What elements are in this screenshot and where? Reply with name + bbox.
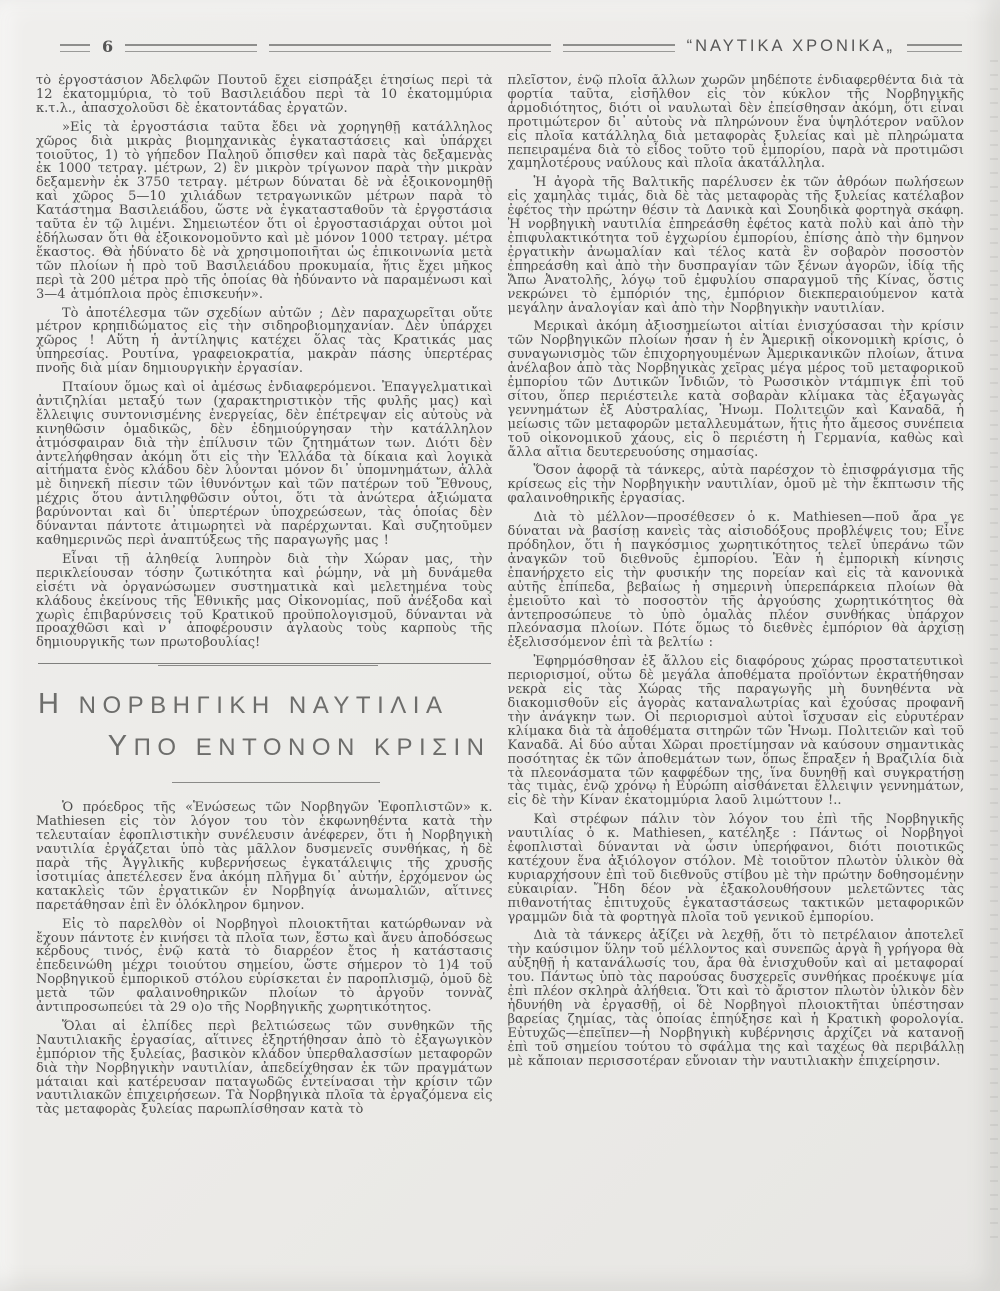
- paragraph: Ἡ ἀγορὰ τῆς Βαλτικῆς παρέλυσεν ἐκ τῶν ἀθ…: [508, 176, 965, 315]
- paragraph: Καὶ στρέφων πάλιν τὸν λόγον του ἐπὶ τῆς …: [508, 813, 965, 924]
- journal-title: “ΝΑΥΤΙΚΑ ΧΡΟΝΙΚΑ„: [687, 38, 895, 55]
- paragraph: τὸ ἐργοστάσιον Ἀδελφῶν Πουτοῦ ἔχει εἰσπρ…: [36, 74, 493, 116]
- paragraph: Πταίουν ὅμως καὶ οἱ ἀμέσως ἐνδιαφερόμενο…: [36, 381, 493, 548]
- paragraph: Ὁ πρόεδρος τῆς «Ἑνώσεως τῶν Νορβηγῶν Ἐφο…: [36, 801, 493, 912]
- paragraph: Εἰς τὸ παρελθὸν οἱ Νορβηγοὶ πλοιοκτῆται …: [36, 918, 493, 1015]
- article-title-line2: ΥΠΟ ΕΝΤΟΝΟΝ ΚΡΙΣΙΝ: [38, 725, 491, 767]
- paragraph: Τὸ ἀποτέλεσμα τῶν σχεδίων αὐτῶν ; Δὲν πα…: [36, 307, 493, 377]
- double-rule: [60, 44, 90, 52]
- article-title-line1: Η ΝΟΡΒΗΓΙΚΗ ΝΑΥΤΙΛΙΑ: [38, 683, 491, 725]
- scanned-page: 6 “ΝΑΥΤΙΚΑ ΧΡΟΝΙΚΑ„ τὸ ἐργοστάσιον Ἀδελφ…: [0, 0, 1000, 1291]
- paragraph: πλεῖστον, ἐνῷ πλοῖα ἄλλων χωρῶν μηδέποτε…: [508, 74, 965, 171]
- scan-gutter-artifact: [990, 60, 998, 1240]
- paragraph: Ἐφηρμόσθησαν ἐξ ἄλλου εἰς διαφόρους χώρα…: [508, 655, 965, 808]
- title-underline-rule: [172, 782, 380, 783]
- section-divider-rule: [38, 663, 491, 667]
- paragraph: Μερικαὶ ἀκόμη ἀξιοσημείωτοι αἰτίαι ἐνισχ…: [508, 320, 965, 459]
- text-columns: τὸ ἐργοστάσιον Ἀδελφῶν Πουτοῦ ἔχει εἰσπρ…: [0, 62, 1000, 1289]
- article-title: Η ΝΟΡΒΗΓΙΚΗ ΝΑΥΤΙΛΙΑ ΥΠΟ ΕΝΤΟΝΟΝ ΚΡΙΣΙΝ: [38, 683, 491, 767]
- paragraph: Διὰ τὸ μέλλον—προσέθεσεν ὁ κ. Mathiesen—…: [508, 511, 965, 650]
- left-column: τὸ ἐργοστάσιον Ἀδελφῶν Πουτοῦ ἔχει εἰσπρ…: [36, 74, 493, 1289]
- running-head: 6 “ΝΑΥΤΙΚΑ ΧΡΟΝΙΚΑ„: [0, 0, 1000, 62]
- paragraph: Ὅσον ἀφορᾷ τὰ τάνκερς, αὐτὰ παρέσχον τὸ …: [508, 464, 965, 506]
- double-rule: [563, 44, 674, 52]
- double-rule: [125, 44, 256, 52]
- right-column: πλεῖστον, ἐνῷ πλοῖα ἄλλων χωρῶν μηδέποτε…: [508, 74, 965, 1289]
- paragraph: Διὰ τὰ τάνκερς ἀξίζει νὰ λεχθῇ, ὅτι τὸ π…: [508, 929, 965, 1068]
- double-rule: [907, 44, 962, 52]
- page-number: 6: [102, 39, 113, 55]
- paragraph: »Εἰς τὰ ἐργοστάσια ταῦτα ἔδει νὰ χορηγηθ…: [36, 121, 493, 302]
- paragraph: Ὅλαι αἱ ἐλπίδες περὶ βελτιώσεως τῶν συνθ…: [36, 1020, 493, 1117]
- double-rule: [269, 44, 552, 52]
- paragraph: Εἶναι τῇ ἀληθείᾳ λυπηρὸν διὰ τὴν Χώραν μ…: [36, 553, 493, 650]
